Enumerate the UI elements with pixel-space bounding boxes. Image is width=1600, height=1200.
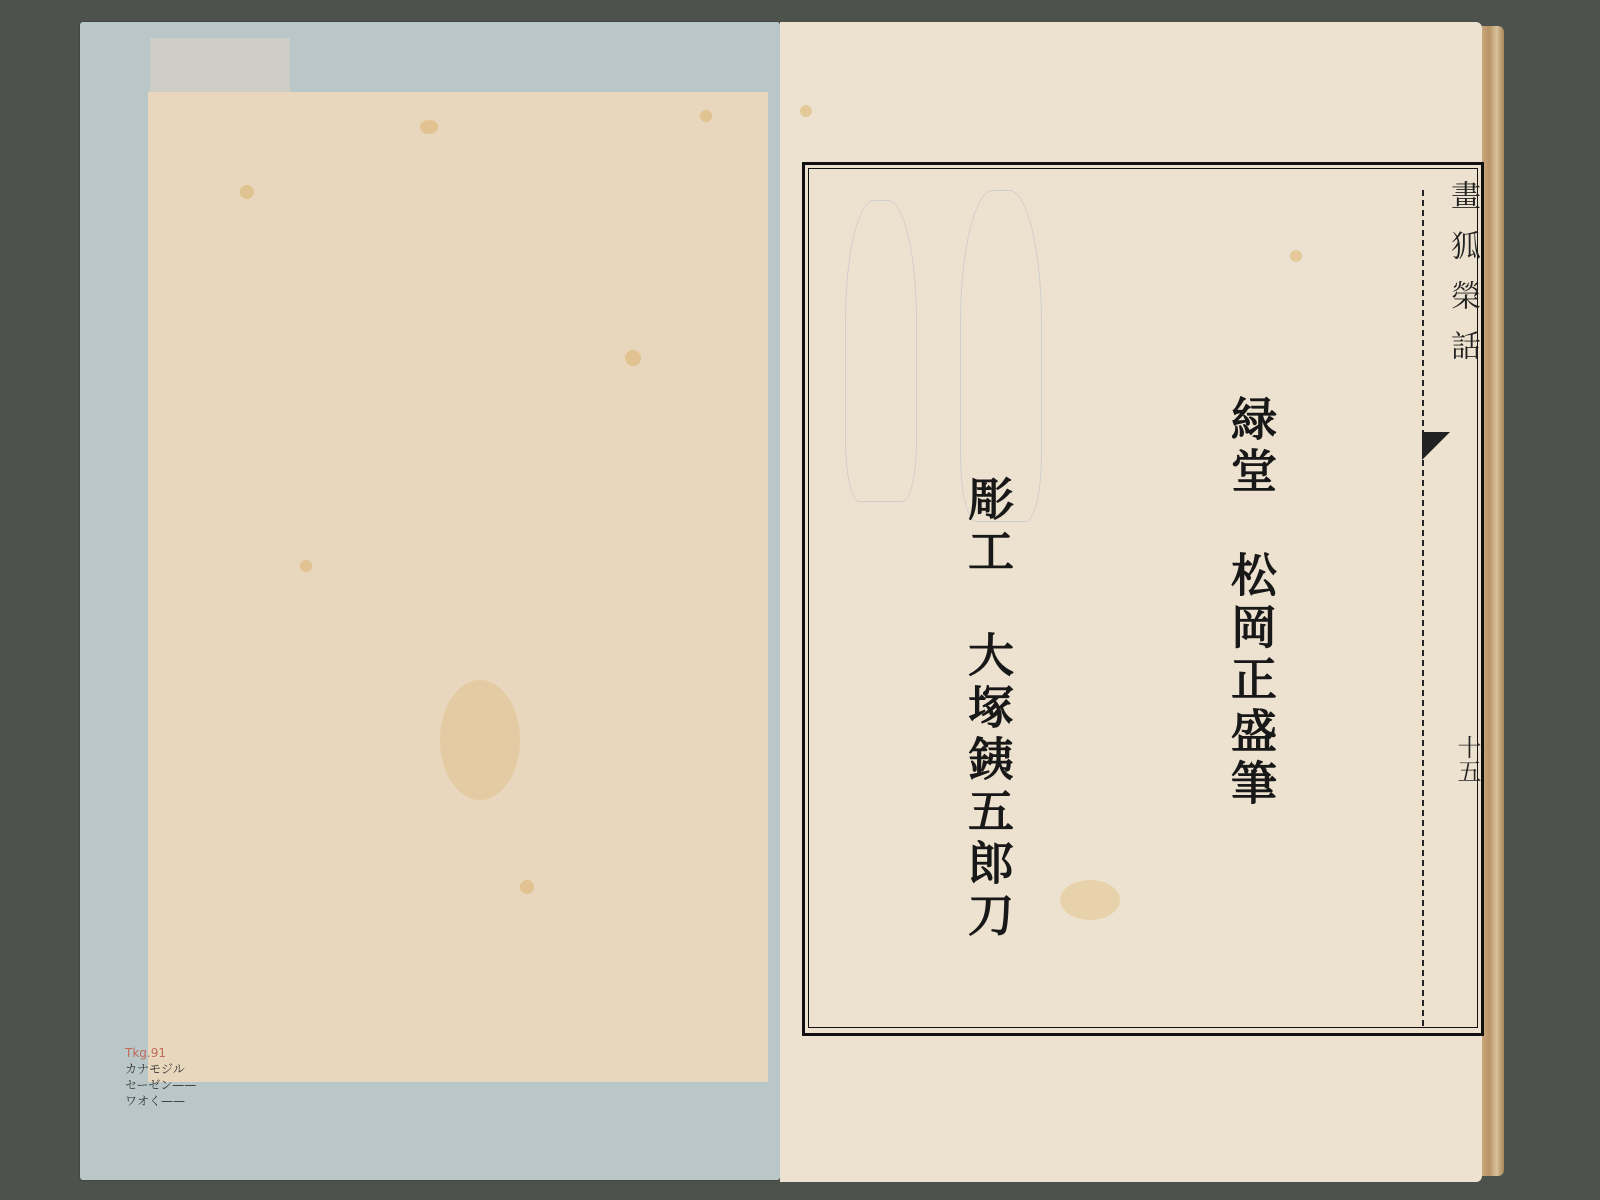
artist-credit: 緑堂 松岡正盛筆	[1218, 395, 1284, 811]
showthrough-figure	[960, 190, 1042, 522]
foxing-stain	[420, 120, 438, 134]
left-endpaper	[80, 22, 780, 1180]
center-fold-line	[1422, 190, 1424, 1026]
note-line: セーゼン——	[125, 1077, 196, 1093]
foxing-stain	[440, 680, 520, 800]
handwritten-note: Tkg.91 カナモジル セーゼン—— ワオく——	[125, 1045, 196, 1109]
foxing-stain	[240, 185, 254, 199]
note-line: カナモジル	[125, 1061, 196, 1077]
note-line: Tkg.91	[125, 1045, 196, 1061]
foxing-stain	[1060, 880, 1120, 920]
showthrough-figure	[845, 200, 917, 502]
carver-credit: 彫工 大塚銕五郎刀	[955, 475, 1021, 943]
fishtail-mark	[1422, 432, 1450, 460]
foxing-stain	[520, 880, 534, 894]
foxing-stain	[625, 350, 641, 366]
page-edges	[1482, 26, 1504, 1176]
foxing-stain	[1290, 250, 1302, 262]
margin-title: 畫狐榮話	[1440, 180, 1484, 380]
foxing-stain	[300, 560, 312, 572]
note-line: ワオく——	[125, 1093, 196, 1109]
stained-paper	[148, 92, 768, 1082]
foxing-stain	[800, 105, 812, 117]
foxing-stain	[700, 110, 712, 122]
margin-page-number: 十五	[1450, 735, 1485, 783]
